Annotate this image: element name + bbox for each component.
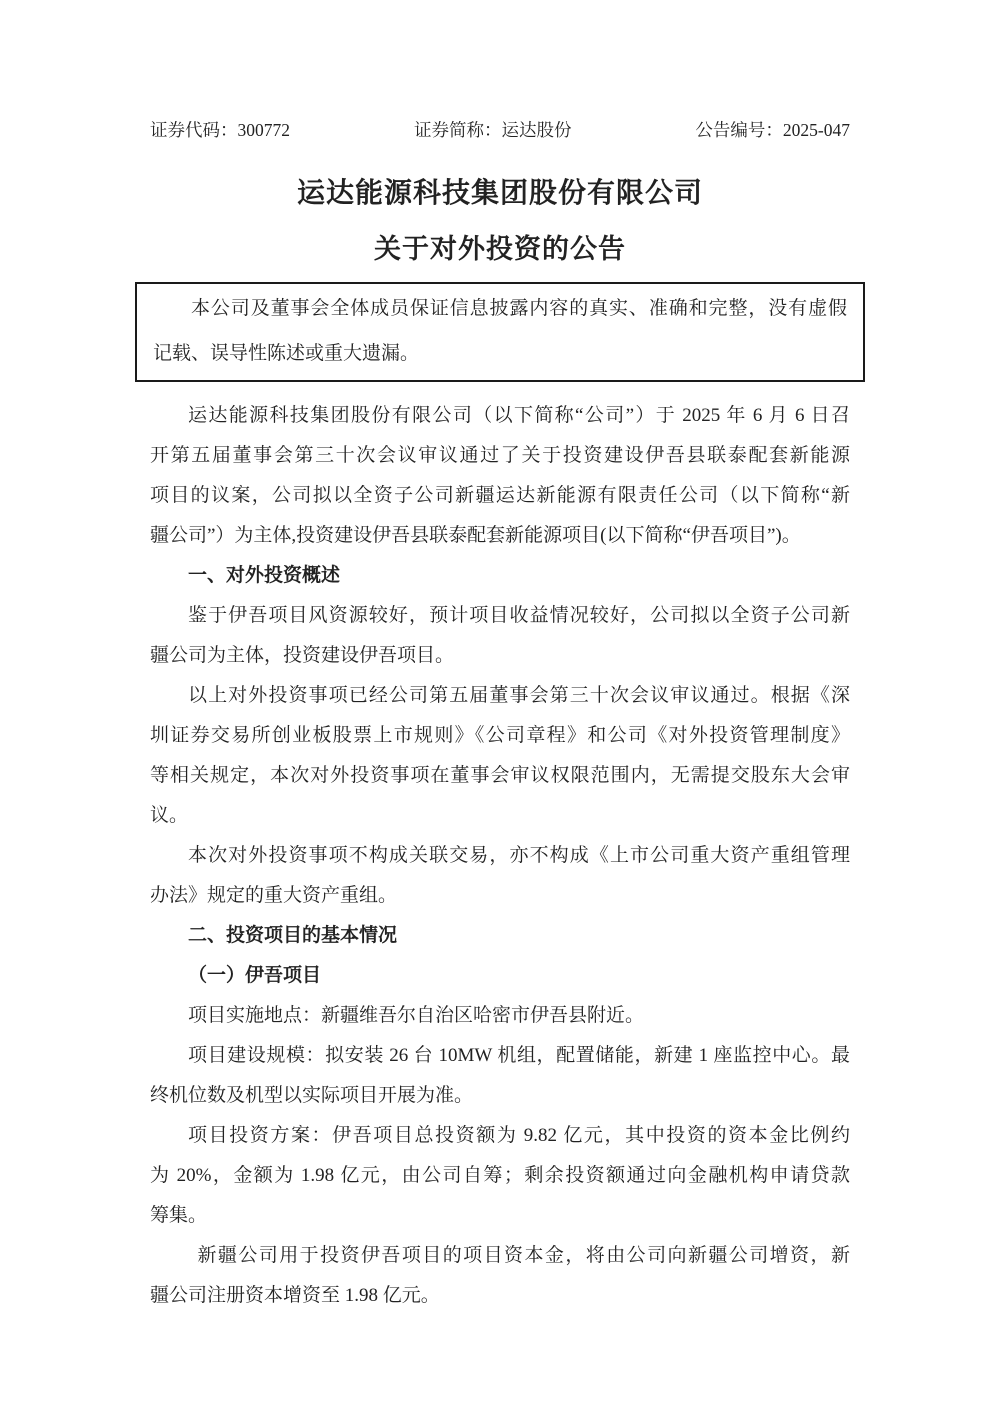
stock-code-label: 证券代码：300772 [150, 118, 290, 142]
capital-increase-paragraph: 新疆公司用于投资伊吾项目的项目资本金，将由公司向新疆公司增资，新疆公司注册资本增… [150, 1236, 850, 1316]
document-header: 证券代码：300772 证券简称：运达股份 公告编号：2025-047 [150, 118, 850, 142]
text-line: 新疆公司用于投资伊吾项目的项目资本金，将由公司向新疆公司增资，新 [150, 1236, 850, 1276]
text-line: 记载、误导性陈述或重大遗漏。 [153, 331, 847, 376]
stock-name-label: 证券简称：运达股份 [414, 118, 572, 142]
text-line: 圳证券交易所创业板股票上市规则》《公司章程》和公司《对外投资管理制度》 [150, 716, 850, 756]
text-line: 项目建设规模：拟安装 26 台 10MW 机组，配置储能，新建 1 座监控中心。… [150, 1036, 850, 1076]
document-page: 证券代码：300772 证券简称：运达股份 公告编号：2025-047 运达能源… [0, 0, 1000, 1414]
section-2-1-heading: （一）伊吾项目 [150, 956, 850, 996]
scale-paragraph: 项目建设规模：拟安装 26 台 10MW 机组，配置储能，新建 1 座监控中心。… [150, 1036, 850, 1116]
section-2-heading: 二、投资项目的基本情况 [150, 916, 850, 956]
text-line: 终机位数及机型以实际项目开展为准。 [150, 1076, 850, 1116]
approval-paragraph: 以上对外投资事项已经公司第五届董事会第三十次会议审议通过。根据《深圳证券交易所创… [150, 676, 850, 836]
text-line: 项目的议案，公司拟以全资子公司新疆运达新能源有限责任公司（以下简称“新 [150, 476, 850, 516]
text-line: 项目实施地点：新疆维吾尔自治区哈密市伊吾县附近。 [150, 996, 850, 1036]
text-line: 以上对外投资事项已经公司第五届董事会第三十次会议审议通过。根据《深 [150, 676, 850, 716]
investment-plan-paragraph: 项目投资方案：伊吾项目总投资额为 9.82 亿元，其中投资的资本金比例约为 20… [150, 1116, 850, 1236]
text-line: 鉴于伊吾项目风资源较好，预计项目收益情况较好，公司拟以全资子公司新 [150, 596, 850, 636]
announcement-title: 关于对外投资的公告 [150, 234, 850, 264]
disclaimer-box: 本公司及董事会全体成员保证信息披露内容的真实、准确和完整，没有虚假记载、误导性陈… [135, 282, 865, 382]
text-line: 开第五届董事会第三十次会议审议通过了关于投资建设伊吾县联泰配套新能源 [150, 436, 850, 476]
company-title: 运达能源科技集团股份有限公司 [150, 176, 850, 210]
text-line: 疆公司为主体，投资建设伊吾项目。 [150, 636, 850, 676]
text-line: 疆公司注册资本增资至 1.98 亿元。 [150, 1276, 850, 1316]
intro-paragraph: 运达能源科技集团股份有限公司（以下简称“公司”）于 2025 年 6 月 6 日… [150, 396, 850, 556]
text-line: 议。 [150, 796, 850, 836]
overview-paragraph: 鉴于伊吾项目风资源较好，预计项目收益情况较好，公司拟以全资子公司新疆公司为主体，… [150, 596, 850, 676]
text-line: 筹集。 [150, 1196, 850, 1236]
related-transaction-paragraph: 本次对外投资事项不构成关联交易，亦不构成《上市公司重大资产重组管理办法》规定的重… [150, 836, 850, 916]
text-line: 本次对外投资事项不构成关联交易，亦不构成《上市公司重大资产重组管理 [150, 836, 850, 876]
text-line: 办法》规定的重大资产重组。 [150, 876, 850, 916]
document-body: 运达能源科技集团股份有限公司（以下简称“公司”）于 2025 年 6 月 6 日… [150, 396, 850, 1316]
announcement-number-label: 公告编号：2025-047 [695, 118, 850, 142]
text-line: 运达能源科技集团股份有限公司（以下简称“公司”）于 2025 年 6 月 6 日… [150, 396, 850, 436]
section-1-heading: 一、对外投资概述 [150, 556, 850, 596]
text-line: 项目投资方案：伊吾项目总投资额为 9.82 亿元，其中投资的资本金比例约 [150, 1116, 850, 1156]
text-line: 本公司及董事会全体成员保证信息披露内容的真实、准确和完整，没有虚假 [153, 286, 847, 331]
text-line: 为 20%，金额为 1.98 亿元，由公司自筹；剩余投资额通过向金融机构申请贷款 [150, 1156, 850, 1196]
text-line: 等相关规定，本次对外投资事项在董事会审议权限范围内，无需提交股东大会审 [150, 756, 850, 796]
text-line: 疆公司”）为主体,投资建设伊吾县联泰配套新能源项目(以下简称“伊吾项目”)。 [150, 516, 850, 556]
location-paragraph: 项目实施地点：新疆维吾尔自治区哈密市伊吾县附近。 [150, 996, 850, 1036]
